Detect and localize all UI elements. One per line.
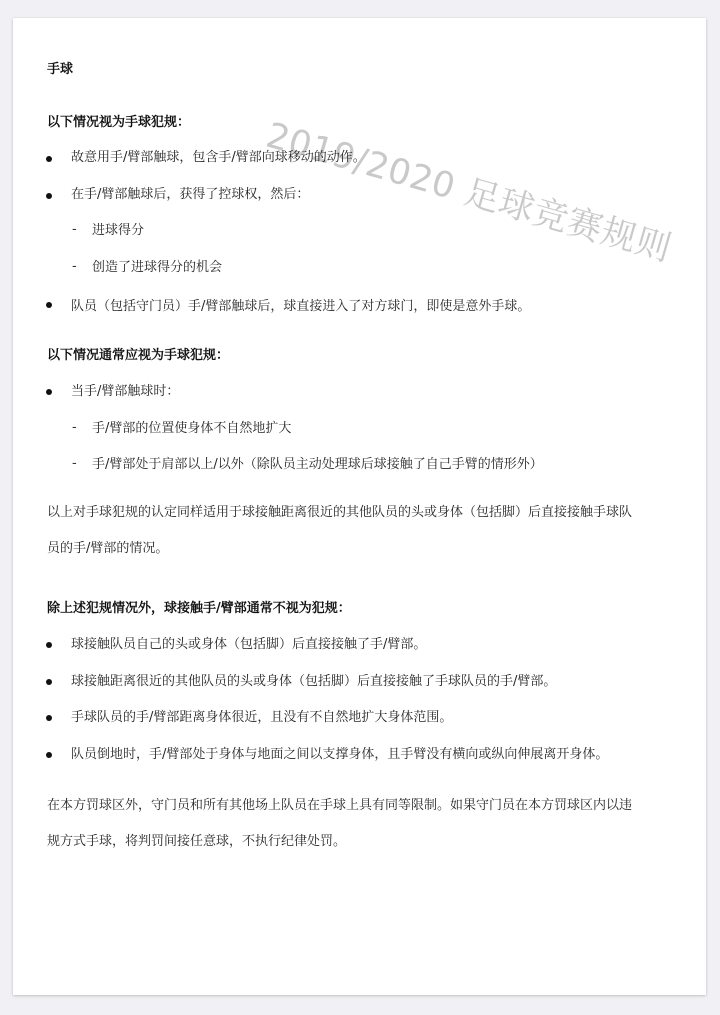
document-page: 2019/2020 足球竞赛规则 手球 以下情况视为手球犯规： 故意用手/臂部触… <box>13 18 706 995</box>
bullet-icon <box>46 642 52 648</box>
dash-icon: - <box>72 456 77 471</box>
paragraph2-line1: 在本方罚球区外，守门员和所有其他场上队员在手球上具有同等限制。如果守门员在本方罚… <box>47 797 632 815</box>
section1-subitem-1: 进球得分 <box>92 222 144 240</box>
section2-subitem-2: 手/臂部处于肩部以上/以外（除队员主动处理球后球接触了自己手臂的情形外） <box>92 456 543 474</box>
section1-item-2: 在手/臂部触球后，获得了控球权，然后： <box>71 186 309 204</box>
section3-item-2: 球接触距离很近的其他队员的头或身体（包括脚）后直接接触了手球队员的手/臂部。 <box>71 673 556 691</box>
section1-heading: 以下情况视为手球犯规： <box>47 114 190 132</box>
bullet-icon <box>46 193 52 199</box>
document-title: 手球 <box>47 61 73 79</box>
section2-subitem-1: 手/臂部的位置使身体不自然地扩大 <box>92 420 291 438</box>
paragraph2-line2: 规方式手球，将判罚间接任意球，不执行纪律处罚。 <box>47 833 346 851</box>
section3-item-3: 手球队员的手/臂部距离身体很近，且没有不自然地扩大身体范围。 <box>71 709 452 727</box>
paragraph1-line2: 员的手/臂部的情况。 <box>47 540 168 558</box>
watermark: 2019/2020 足球竞赛规则 <box>261 108 678 272</box>
bullet-icon <box>46 156 52 162</box>
section3-item-1: 球接触队员自己的头或身体（包括脚）后直接接触了手/臂部。 <box>71 636 426 654</box>
bullet-icon <box>46 752 52 758</box>
section2-item-1: 当手/臂部触球时： <box>71 383 179 401</box>
dash-icon: - <box>72 222 77 237</box>
bullet-icon <box>46 679 52 685</box>
section1-subitem-2: 创造了进球得分的机会 <box>92 259 222 277</box>
bullet-icon <box>46 715 52 721</box>
dash-icon: - <box>72 420 77 435</box>
section2-heading: 以下情况通常应视为手球犯规： <box>47 347 229 365</box>
dash-icon: - <box>72 259 77 274</box>
bullet-icon <box>46 389 52 395</box>
section1-item-1: 故意用手/臂部触球，包含手/臂部向球移动的动作。 <box>71 149 366 167</box>
section3-heading: 除上述犯规情况外，球接触手/臂部通常不视为犯规： <box>47 600 351 618</box>
section1-item-3: 队员（包括守门员）手/臂部触球后，球直接进入了对方球门，即使是意外手球。 <box>71 298 530 316</box>
bullet-icon <box>46 302 52 308</box>
paragraph1-line1: 以上对手球犯规的认定同样适用于球接触距离很近的其他队员的头或身体（包括脚）后直接… <box>47 504 632 522</box>
section3-item-4: 队员倒地时，手/臂部处于身体与地面之间以支撑身体，且手臂没有横向或纵向伸展离开身… <box>71 746 608 764</box>
